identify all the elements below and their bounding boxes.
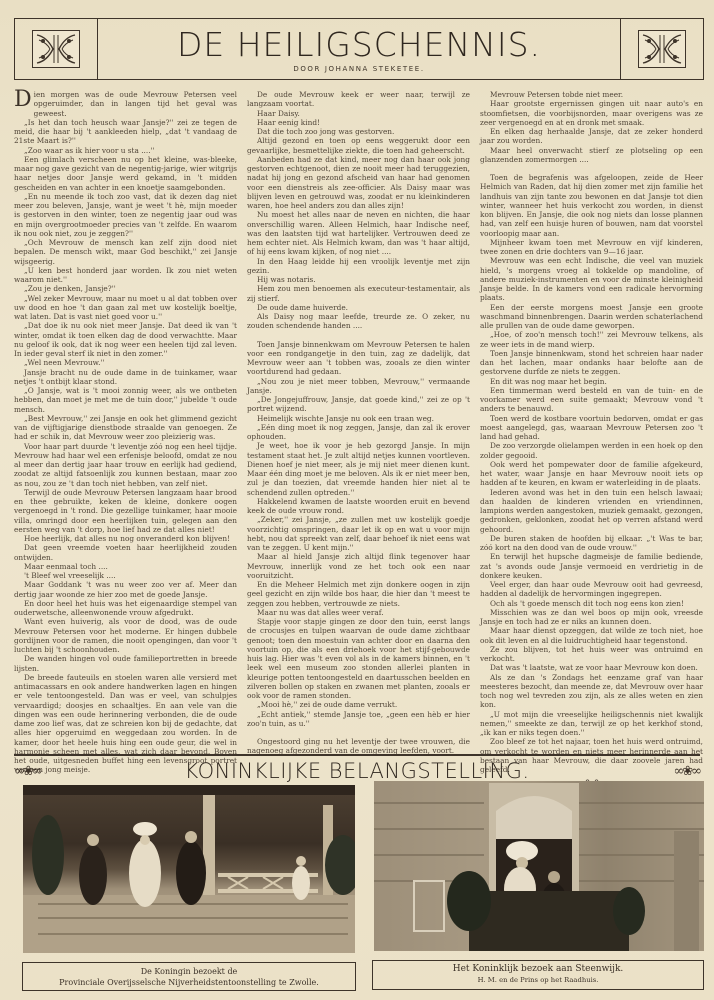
article-paragraph: „De Jongejuffrouw, Jansje, dat goede kin… [247,395,470,414]
article-paragraph: Heimelijk wischte Jansje nu ook een traa… [247,414,470,423]
section-title: KONINKLIJKE BELANGSTELLING. [184,759,529,783]
article-paragraph: Iederen avond was het in den tuin een he… [480,488,703,534]
article-paragraph: Ook werd het pompewater door de familie … [480,460,703,488]
article-paragraph: Voor haar part duurde 't leventje zóó no… [14,442,237,488]
article-paragraph: „Eén ding moet ik nog zeggen, Jansje, da… [247,423,470,442]
article-paragraph: Veel erger, dan haar oude Mevrouw ooit h… [480,580,703,599]
leaf-ornament-icon [32,30,80,68]
article-paragraph: Mevrouw was een echt Indische, die veel … [480,256,703,302]
article-paragraph: Hoe heerlijk, dat alles nu nog onverande… [14,534,237,543]
header-ornament-left-cell [15,19,98,79]
article-paragraph: Een der eerste morgens moest Jansje een … [480,303,703,331]
article-paragraph: „Wel zeker Mevrouw, maar nu moet u al da… [14,294,237,322]
article-paragraph: Jansje bracht nu de oude dame in de tuin… [14,368,237,387]
article-paragraph: En die Meheer Helmich met zijn donkere o… [247,580,470,608]
article-paragraph: Altijd gezond en toen op eens weggerukt … [247,136,470,155]
article-paragraph: „En nu meende ik toch zoo vast, dat ik d… [14,192,237,238]
title-cell: DE HEILIGSCHENNIS. DOOR JOHANNA STEKETEE… [98,19,620,79]
caption-line: Provinciale Overijsselsche Nijverheidste… [23,977,355,988]
article-paragraph: Maar heel onverwacht stierf ze plotselin… [480,146,703,165]
article-paragraph: Terwijl de oude Mevrouw Petersen langzaa… [14,488,237,534]
article-paragraph: Dat geen vreemde voeten haar heerlijkhei… [14,543,237,562]
article-paragraph: Misschien was ze dan wel boos op mijn oo… [480,608,703,627]
article-paragraph: Hij was notaris. [247,275,470,284]
article-paragraph: De zoo verzorgde olielampen werden in ee… [480,441,703,460]
article-paragraph: Nu moest het alles naar de neven en nich… [247,210,470,256]
article-paragraph: „Zeker,'' zei Jansje, „ze zullen met uw … [247,515,470,552]
header-ornament-right-cell [620,19,703,79]
article-paragraph: Maar nu was dat alles weer veraf. [247,608,470,617]
article-paragraph: Maar Goddank 't was nu weer zoo ver af. … [14,580,237,599]
article-byline: DOOR JOHANNA STEKETEE. [98,65,620,73]
chain-ornament-icon: ∞❀∞ [610,764,700,779]
drop-cap: D [14,91,32,109]
article-paragraph: „U ken best honderd jaar worden. Ik zou … [14,266,237,285]
article-paragraph: De buren staken de hoofden bij elkaar. „… [480,534,703,553]
article-column-3: Mevrouw Petersen tobde niet meer.Haar gr… [480,90,703,745]
chain-ornament-icon: ∞❀∞ [14,764,104,779]
article-paragraph: De oude dame huiverde. [247,303,470,312]
article-paragraph: „Mooi hè,'' zei de oude dame verrukt. [247,700,470,709]
article-paragraph: Ze zou blijven, tot het huis weer was on… [480,645,703,664]
article-paragraph: En elken dag herhaalde Jansje, dat ze ze… [480,127,703,146]
article-body: Dien morgen was de oude Mevrouw Petersen… [14,90,704,745]
article-paragraph: Maar al hield Jansje zich altijd flink t… [247,552,470,580]
leaf-ornament-icon [638,30,686,68]
article-paragraph: Maar haar dienst opzeggen, dat wilde ze … [480,626,703,645]
article-paragraph: Maar eenmaal toch .... [14,562,237,571]
article-paragraph: Als Daisy nog maar leefde, treurde ze. O… [247,312,470,331]
article-paragraph: Haar Daisy. [247,109,470,118]
article-paragraph: „Zoo waar as ik hier voor u sta ....'' [14,146,237,155]
article-paragraph: Toen de begrafenis was afgeloopen, zeide… [480,173,703,238]
article-paragraph: Hem zou men benoemen als executeur-testa… [247,284,470,303]
article-paragraph: Een timmerman werd besteld en van de tui… [480,386,703,414]
article-paragraph: Dat was 't laatste, wat ze voor haar Mev… [480,663,703,672]
article-paragraph: Och als 't goede mensch dit toch nog een… [480,599,703,608]
magazine-page: DE HEILIGSCHENNIS. DOOR JOHANNA STEKETEE… [0,0,714,1000]
caption-line: Het Koninklijk bezoek aan Steenwijk. [373,964,703,975]
article-paragraph: Hakkelend kwamen de laatste woorden erui… [247,497,470,516]
article-paragraph: Aanbeden had ze dat kind, meer nog dan h… [247,155,470,211]
photo-caption-steenwijk: Het Koninklijk bezoek aan Steenwijk. H. … [372,960,704,990]
caption-line: H. M. en de Prins op het Raadhuis. [373,975,703,986]
article-paragraph: En dit was nog maar het begin. [480,377,703,386]
article-column-1: Dien morgen was de oude Mevrouw Petersen… [14,90,237,745]
article-paragraph: En door heel het huis was het eigenaardi… [14,599,237,618]
article-paragraph: De wanden hingen vol oude familieportret… [14,654,237,673]
article-paragraph: Toen Jansje binnenkwam om Mevrouw Peters… [247,340,470,377]
article-paragraph: „Hoe, of zoo'n mensch toch!'' zei Mevrou… [480,330,703,349]
photo-caption-zwolle: De Koningin bezoekt de Provinciale Overi… [22,962,356,991]
article-header: DE HEILIGSCHENNIS. DOOR JOHANNA STEKETEE… [14,18,704,80]
article-paragraph: „Nou zou je niet meer tobben, Mevrouw,''… [247,377,470,396]
article-paragraph: Ongestoord ging nu het leventje der twee… [247,737,470,756]
article-paragraph: Toen Jansje binnenkwam, stond het schrei… [480,349,703,377]
article-paragraph: Haar eenig kind! [247,118,470,127]
article-paragraph: „U mot mijn die vreeselijke heiligschenn… [480,710,703,738]
caption-line: De Koningin bezoekt de [23,966,355,977]
article-paragraph: Want even huiverig, als voor de dood, wa… [14,617,237,654]
section-divider [14,754,700,756]
article-paragraph: „Dat doe ik nu ook niet meer Jansje. Dat… [14,321,237,358]
article-paragraph: Haar grootste ergernissen gingen uit naa… [480,99,703,127]
article-paragraph: In den Haag leidde hij een vroolijk leve… [247,257,470,276]
article-paragraph: Als ze dan 's Zondags het eenzame graf v… [480,673,703,710]
article-paragraph: Je weet, hoe ik voor je heb gezorgd Jans… [247,441,470,497]
section-header: ∞❀∞ KONINKLIJKE BELANGSTELLING. ∞❀∞ [14,759,700,783]
article-paragraph: „Wel neen Mevrouw.'' [14,358,237,367]
article-title: DE HEILIGSCHENNIS. [98,27,620,63]
article-paragraph: „O Jansje, wat is 't mooi zonnig weer, a… [14,386,237,414]
article-paragraph: „Best Mevrouw,'' zei Jansje en ook het g… [14,414,237,442]
article-paragraph: Dat die toch zoo jong was gestorven. [247,127,470,136]
article-paragraph: Mevrouw Petersen tobde niet meer. [480,90,703,99]
article-column-2: De oude Mevrouw keek er weer naar, terwi… [247,90,470,745]
article-paragraph: De oude Mevrouw keek er weer naar, terwi… [247,90,470,109]
article-paragraph: Stapje voor stapje gingen ze door den tu… [247,617,470,700]
article-paragraph: „Och Mevrouw de mensch kan zelf zijn doo… [14,238,237,266]
article-paragraph: „Echt antiek,'' stemde Jansje toe, „geen… [247,710,470,729]
queen-visit-zwolle-photo [23,785,355,953]
article-paragraph: Mijnheer kwam toen met Mevrouw en vijf k… [480,238,703,257]
article-paragraph: Een glimlach verscheen nu op het kleine,… [14,155,237,192]
article-paragraph: „Is het dan toch heusch waar Jansje?'' z… [14,118,237,146]
article-paragraph: „Zou je denken, Jansje?'' [14,284,237,293]
royal-balcony-steenwijk-photo [374,781,704,951]
article-paragraph: Dien morgen was de oude Mevrouw Petersen… [14,90,237,118]
article-paragraph: En terwijl het hupsche dagmeisje de fami… [480,552,703,580]
article-paragraph: Toen werd de kostbare voortuin bedorven,… [480,414,703,442]
article-paragraph: 't Bleef wel vreeselijk .... [14,571,237,580]
